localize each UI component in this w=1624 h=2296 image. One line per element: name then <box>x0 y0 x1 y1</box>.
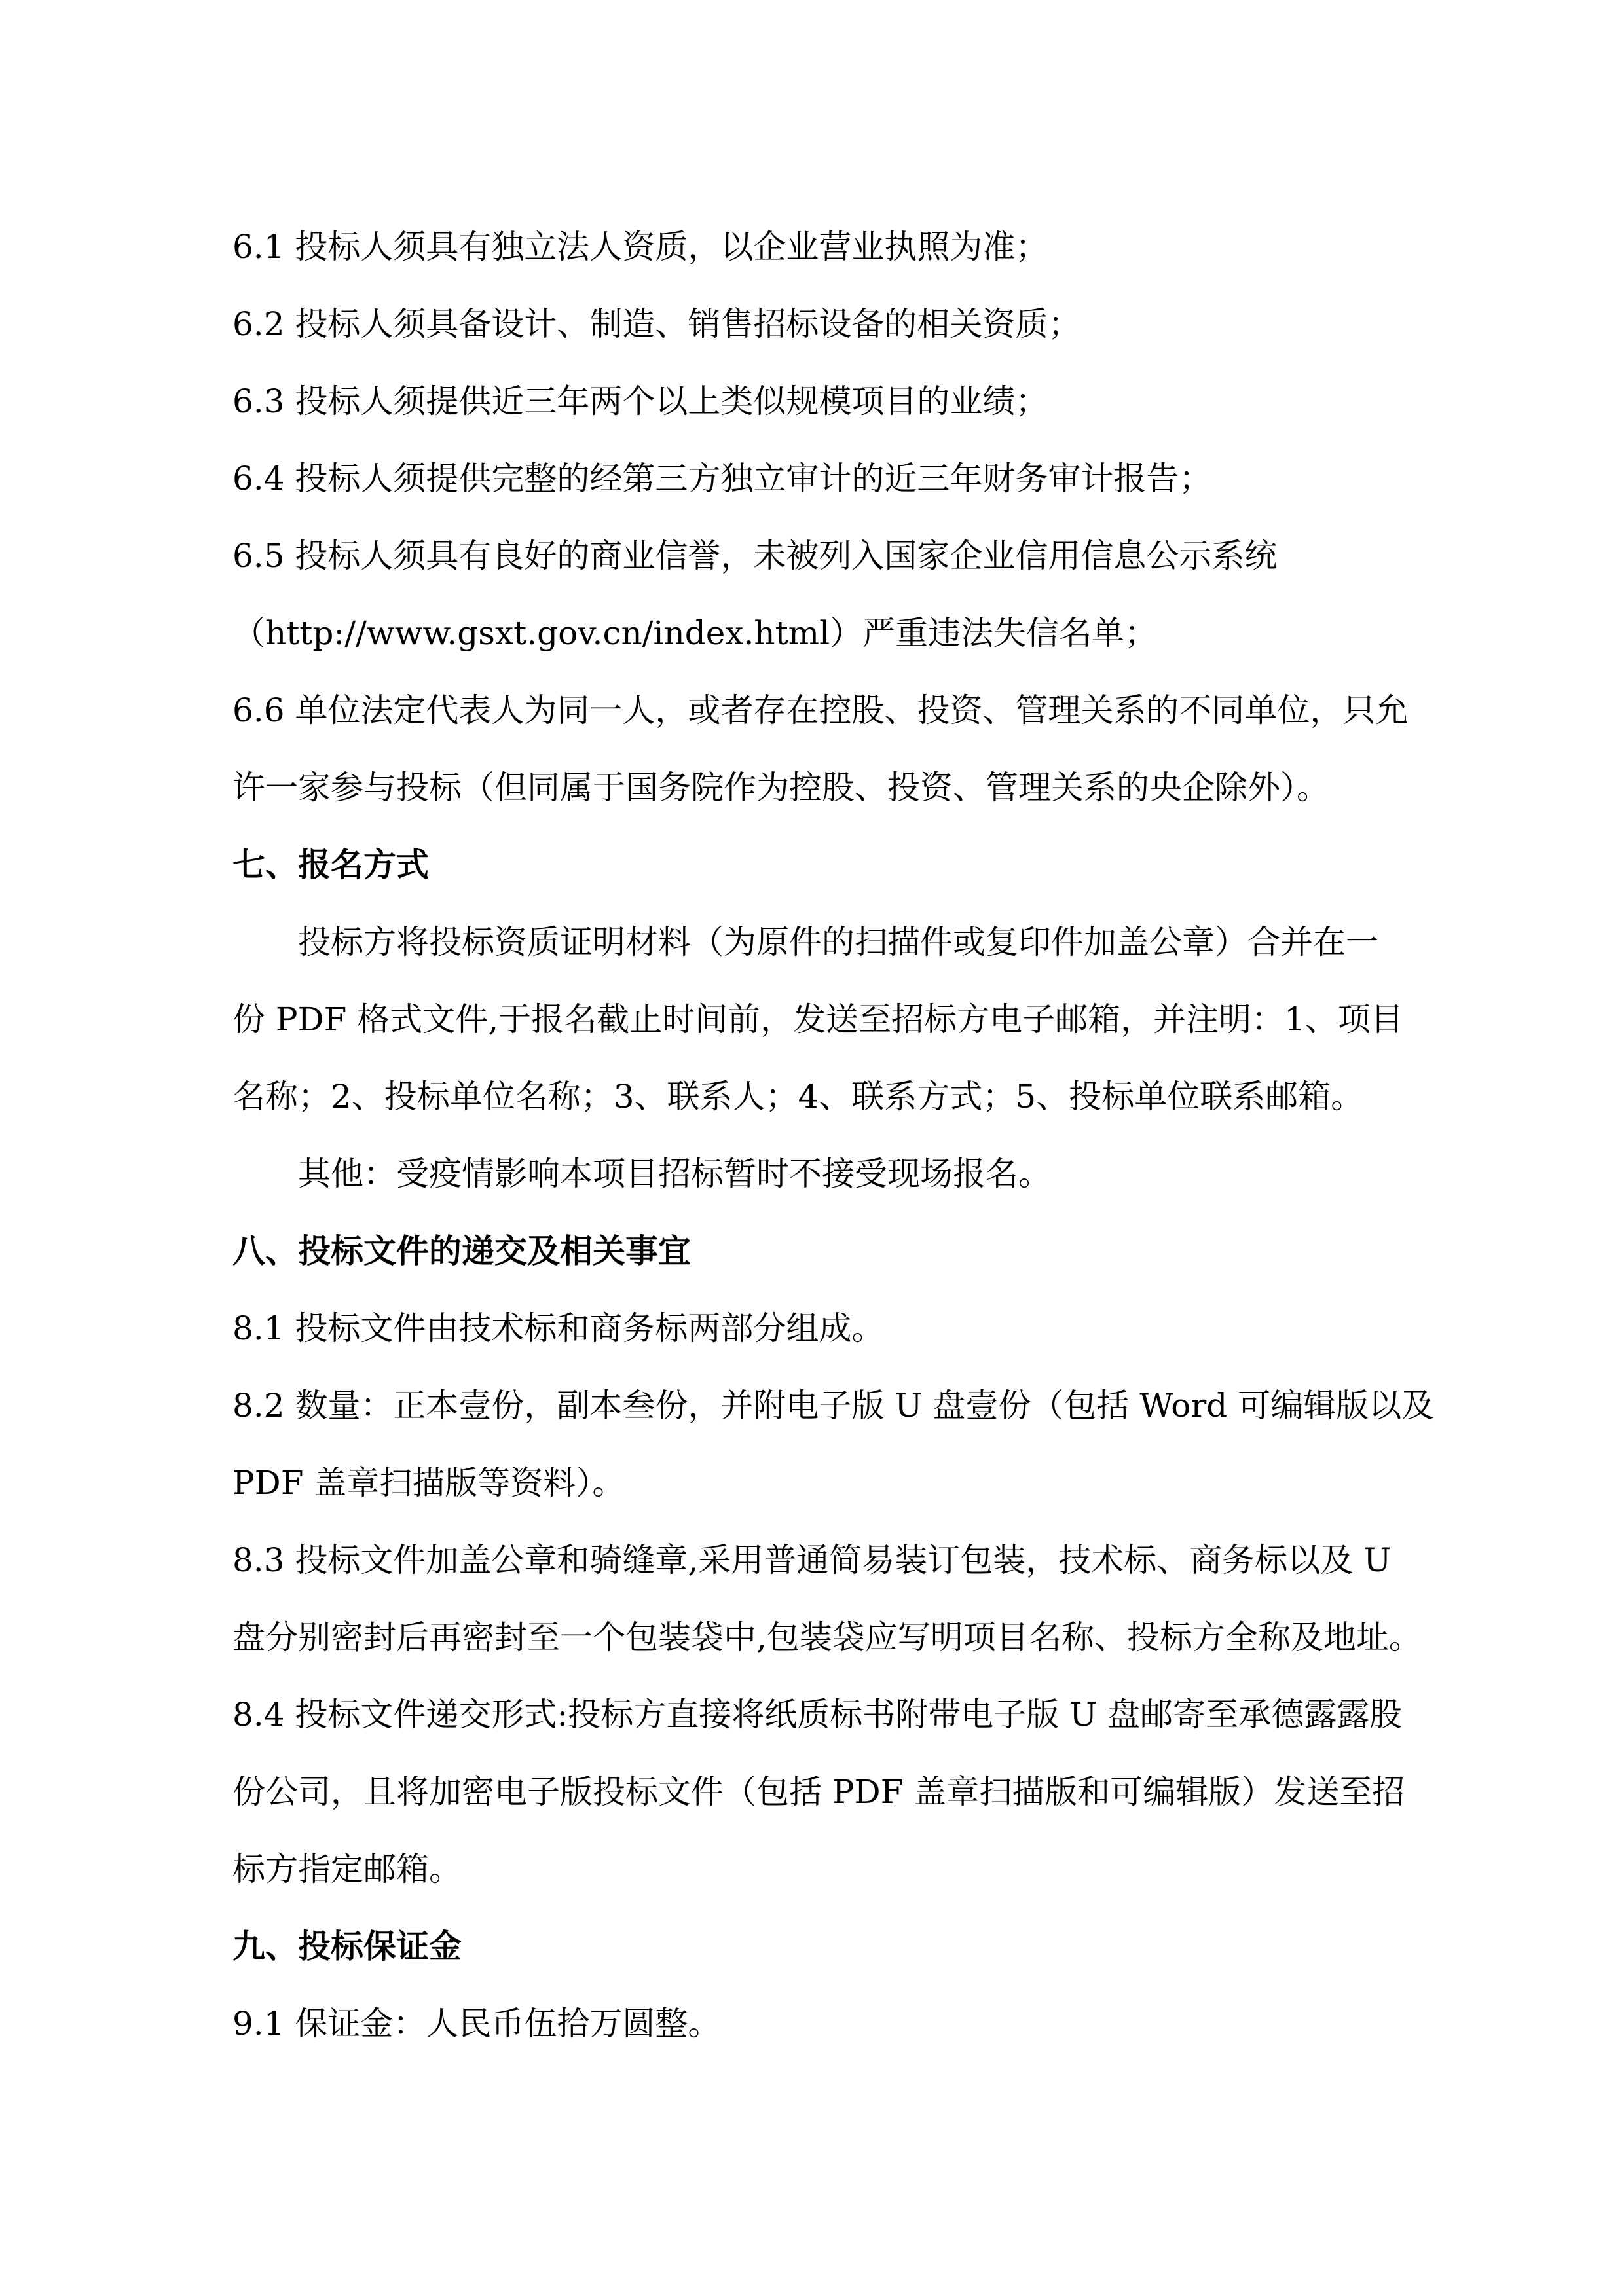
clause-6-4: 6.4 投标人须提供完整的经第三方独立审计的近三年财务审计报告； <box>232 440 1421 517</box>
document-page: 6.1 投标人须具有独立法人资质，以企业营业执照为准； 6.2 投标人须具备设计… <box>0 0 1624 2296</box>
clause-8-4-continuation-1: 份公司，且将加密电子版投标文件（包括 PDF 盖章扫描版和可编辑版）发送至招 <box>232 1753 1421 1831</box>
clause-6-5-url-line: （http://www.gsxt.gov.cn/index.html）严重违法失… <box>232 594 1421 672</box>
clause-8-4: 8.4 投标文件递交形式:投标方直接将纸质标书附带电子版 U 盘邮寄至承德露露股 <box>232 1676 1421 1753</box>
clause-8-2-continuation: PDF 盖章扫描版等资料）。 <box>232 1444 1421 1522</box>
clause-8-4-continuation-2: 标方指定邮箱。 <box>232 1831 1421 1908</box>
section-heading-9: 九、投标保证金 <box>232 1908 1421 1985</box>
clause-6-5: 6.5 投标人须具有良好的商业信誉，未被列入国家企业信用信息公示系统 <box>232 517 1421 594</box>
document-text-block: 6.1 投标人须具有独立法人资质，以企业营业执照为准； 6.2 投标人须具备设计… <box>232 208 1421 2062</box>
clause-6-6: 6.6 单位法定代表人为同一人，或者存在控股、投资、管理关系的不同单位，只允 <box>232 672 1421 749</box>
section-heading-8: 八、投标文件的递交及相关事宜 <box>232 1212 1421 1290</box>
clause-8-1: 8.1 投标文件由技术标和商务标两部分组成。 <box>232 1290 1421 1367</box>
clause-6-6-continuation: 许一家参与投标（但同属于国务院作为控股、投资、管理关系的央企除外）。 <box>232 749 1421 826</box>
clause-6-3: 6.3 投标人须提供近三年两个以上类似规模项目的业绩； <box>232 363 1421 440</box>
clause-8-2: 8.2 数量：正本壹份，副本叁份，并附电子版 U 盘壹份（包括 Word 可编辑… <box>232 1367 1421 1444</box>
section-7-other-note: 其他：受疫情影响本项目招标暂时不接受现场报名。 <box>232 1135 1421 1212</box>
clause-8-3: 8.3 投标文件加盖公章和骑缝章,采用普通简易装订包装，技术标、商务标以及 U <box>232 1522 1421 1599</box>
section-7-paragraph-line-1: 投标方将投标资质证明材料（为原件的扫描件或复印件加盖公章）合并在一 <box>232 903 1421 981</box>
clause-6-2: 6.2 投标人须具备设计、制造、销售招标设备的相关资质； <box>232 285 1421 363</box>
clause-8-3-continuation: 盘分别密封后再密封至一个包装袋中,包装袋应写明项目名称、投标方全称及地址。 <box>232 1599 1421 1676</box>
clause-9-1: 9.1 保证金：人民币伍拾万圆整。 <box>232 1985 1421 2062</box>
section-heading-7: 七、报名方式 <box>232 826 1421 903</box>
clause-6-1: 6.1 投标人须具有独立法人资质，以企业营业执照为准； <box>232 208 1421 285</box>
section-7-paragraph-line-3: 名称；2、投标单位名称；3、联系人；4、联系方式；5、投标单位联系邮箱。 <box>232 1058 1421 1135</box>
section-7-paragraph-line-2: 份 PDF 格式文件,于报名截止时间前，发送至招标方电子邮箱，并注明：1、项目 <box>232 981 1421 1058</box>
